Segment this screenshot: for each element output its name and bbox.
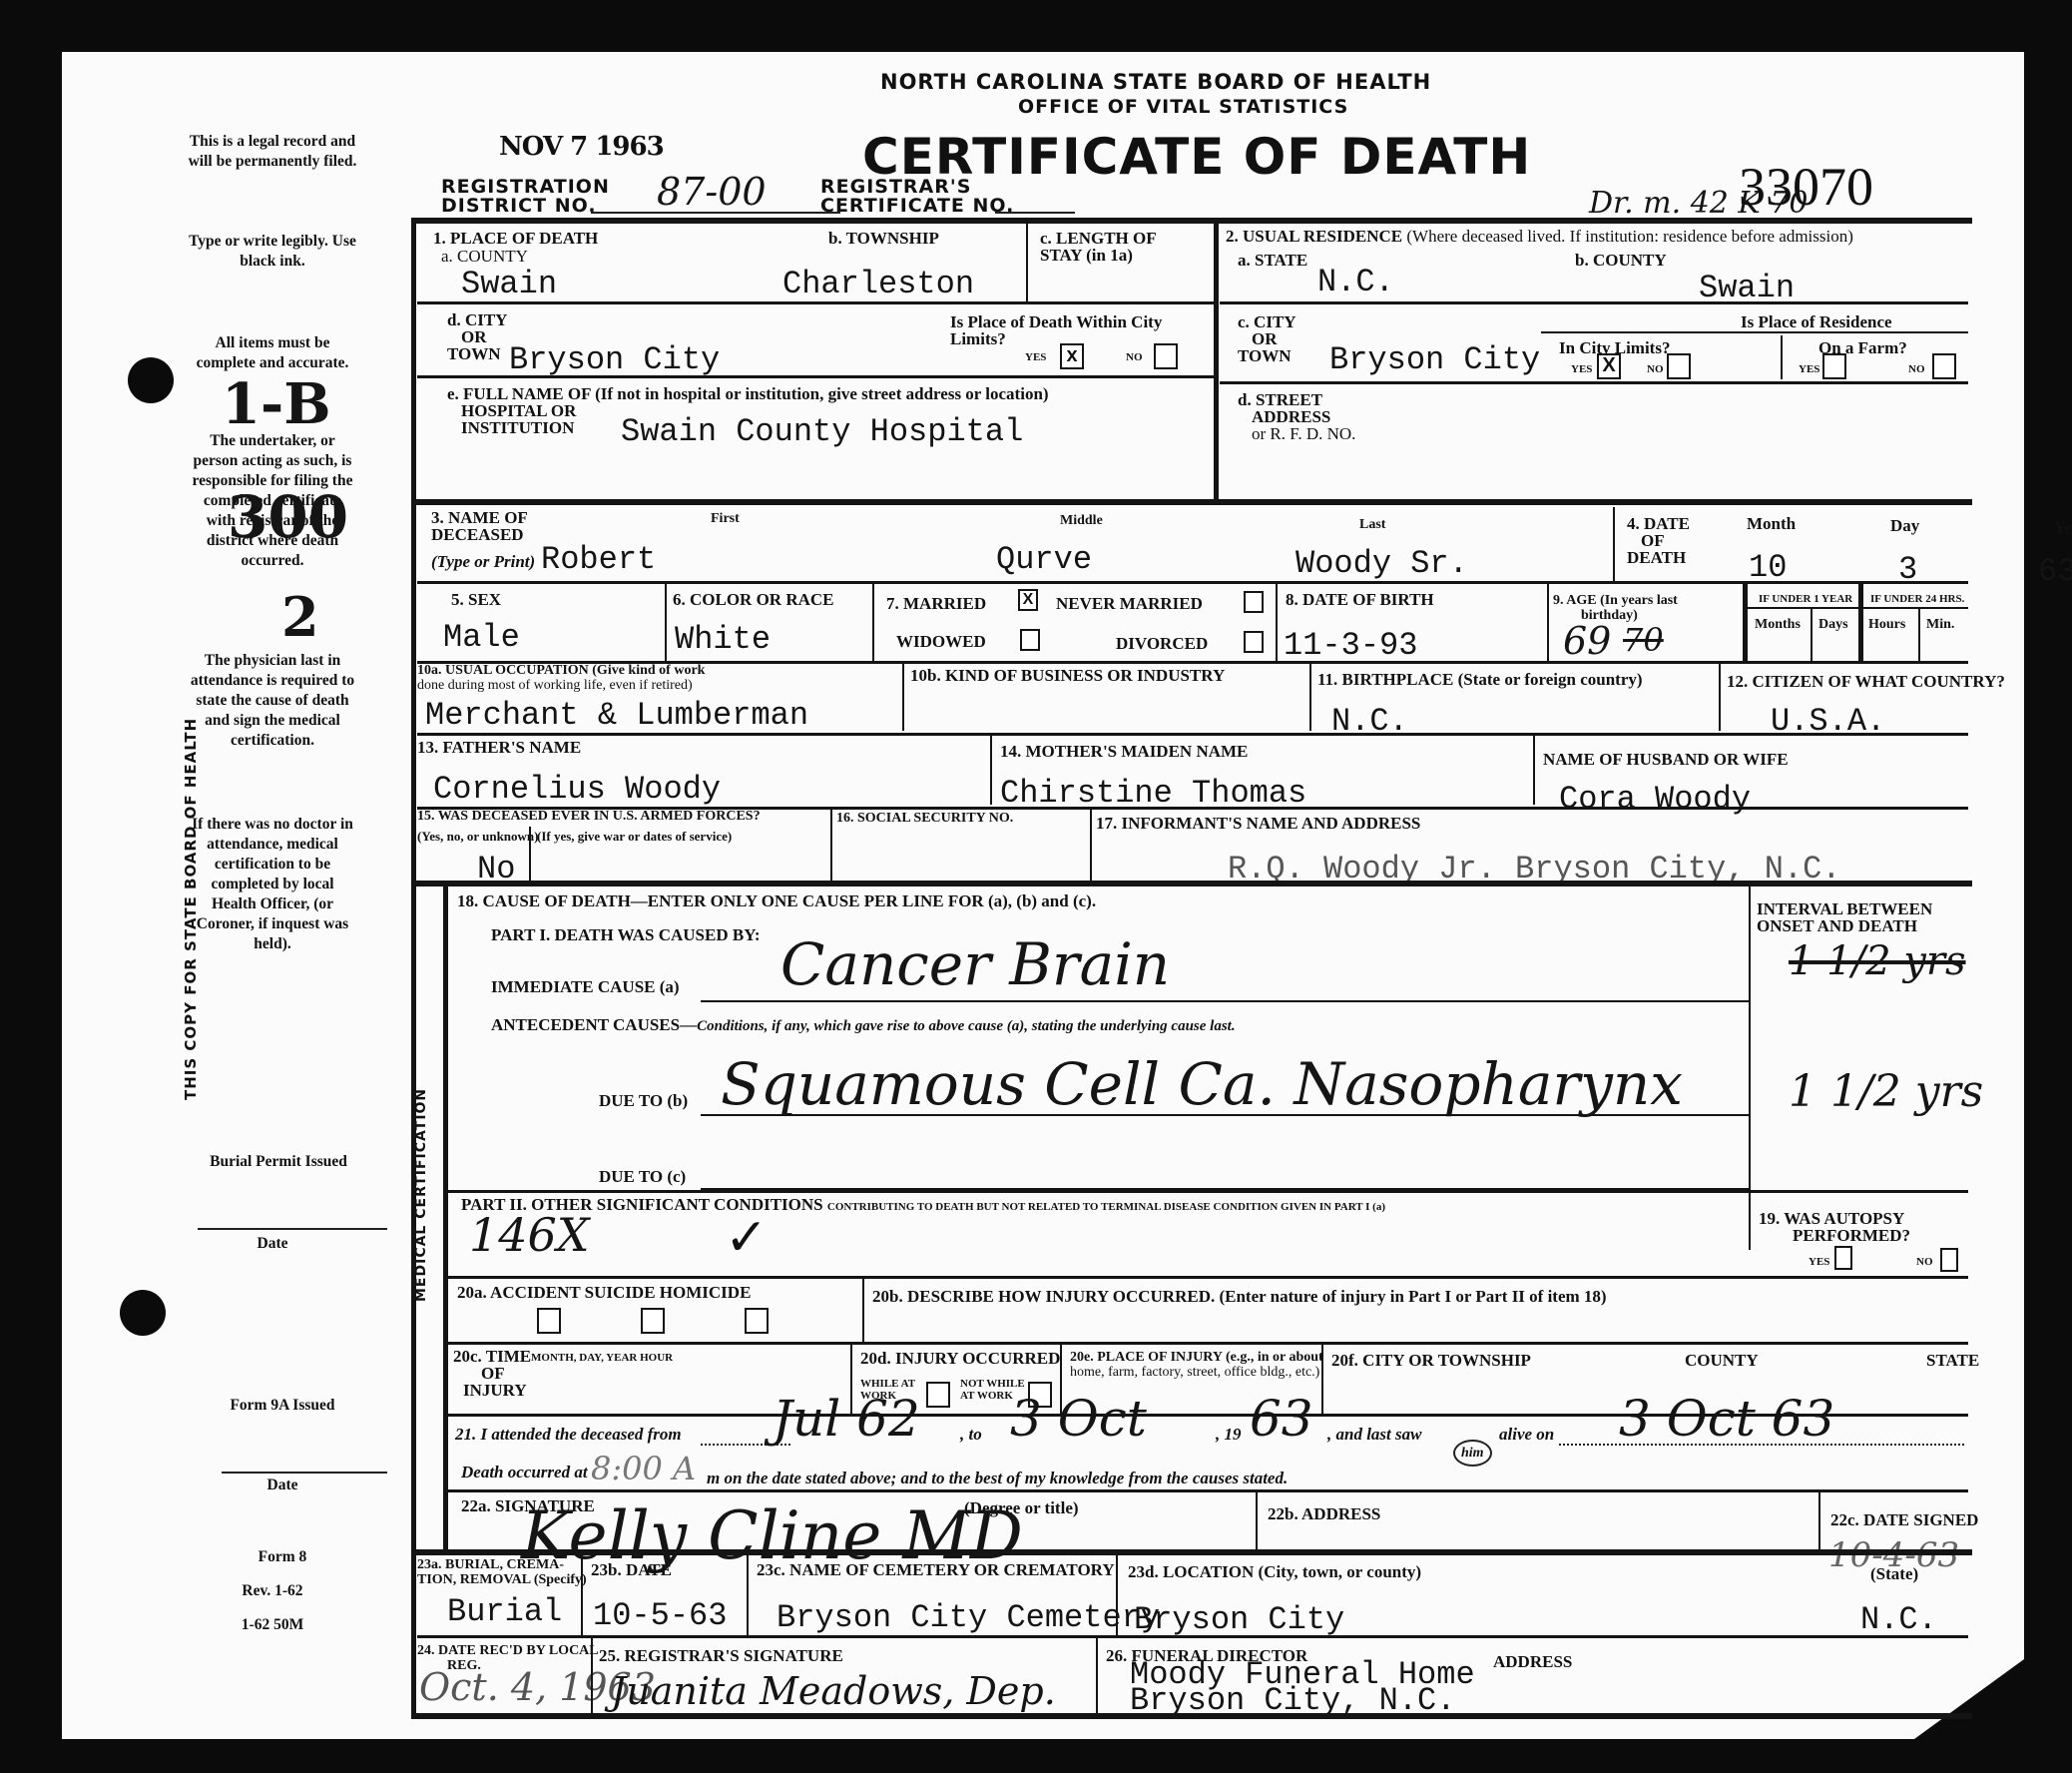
farm-no-checkbox[interactable] [1932, 353, 1956, 379]
widowed-checkbox[interactable] [1020, 629, 1040, 651]
burial-permit-label: Burial Permit Issued [194, 1152, 363, 1172]
registration-district-label: REGISTRATIONDISTRICT NO. [441, 178, 610, 216]
death-township: Charleston [782, 266, 974, 302]
county-label: a. COUNTY [441, 248, 528, 265]
complete-notice: All items must be complete and accurate. [188, 333, 357, 373]
within-city-no-checkbox[interactable] [1154, 343, 1178, 369]
occupation: Merchant & Lumberman [425, 697, 808, 734]
deceased-first-name: Robert [541, 541, 656, 578]
while-at-work-checkbox[interactable] [926, 1382, 950, 1408]
death-year: 63 [2038, 553, 2072, 590]
interval-a: 1 1/2 yrs [1789, 938, 1966, 984]
medical-certification-label: MEDICAL CERTIFICATION [413, 1088, 429, 1302]
legal-notice: This is a legal record and will be perma… [188, 132, 357, 172]
sex-value: Male [443, 619, 520, 656]
cemetery-location: Bryson City [1134, 1601, 1344, 1638]
vertical-copy-label: THIS COPY FOR STATE BOARD OF HEALTH [182, 718, 200, 1100]
autopsy-yes-checkbox[interactable] [1834, 1246, 1852, 1270]
homicide-checkbox[interactable] [745, 1308, 769, 1334]
punch-hole [128, 357, 174, 403]
alive-on: 3 Oct 63 [1619, 1390, 1834, 1448]
physician-notice: The physician last in attendance is requ… [188, 651, 357, 751]
checkmark-icon: ✓ [725, 1208, 769, 1268]
attended-year: 63 [1250, 1390, 1313, 1448]
date-of-birth: 11-3-93 [1284, 627, 1417, 664]
attended-from: Jul 62 [773, 1390, 920, 1448]
farm-yes-checkbox[interactable] [1822, 353, 1846, 379]
in-city-yes-checkbox[interactable]: X [1597, 353, 1621, 379]
certificate-number: 33070 [1739, 156, 1873, 218]
disposition-method: Burial [447, 1593, 562, 1630]
township-label: b. TOWNSHIP [828, 230, 939, 247]
revision: Rev. 1-62 [188, 1581, 357, 1601]
form-number: Form 8 [198, 1547, 367, 1567]
date-label-2: Date [198, 1476, 367, 1495]
deceased-last-name: Woody Sr. [1295, 545, 1468, 582]
cemetery-name: Bryson City Cemetery [777, 1599, 1160, 1636]
him-circled: him [1453, 1440, 1492, 1467]
death-city: Bryson City [509, 341, 720, 378]
divorced-checkbox[interactable] [1244, 631, 1264, 653]
interval-b: 1 1/2 yrs [1789, 1066, 1983, 1117]
received-stamp: NOV 7 1963 [499, 132, 664, 162]
handwritten-code: 300 [228, 483, 348, 551]
type-notice: Type or write legibly. Use black ink. [188, 232, 357, 272]
date-label: Date [188, 1234, 357, 1254]
age-value: 69 [1563, 619, 1611, 663]
disposition-date: 10-5-63 [593, 1597, 727, 1634]
registrar-cert-label: REGISTRAR'SCERTIFICATE NO. [820, 178, 1014, 216]
folded-corner [1914, 1659, 2024, 1739]
within-city-yes-checkbox[interactable]: x [1060, 343, 1084, 369]
death-certificate: NORTH CAROLINA STATE BOARD OF HEALTH OFF… [62, 52, 2024, 1739]
no-doctor-notice: If there was no doctor in attendance, me… [188, 815, 357, 954]
autopsy-no-checkbox[interactable] [1940, 1248, 1958, 1272]
city-label: d. CITYORTOWN [447, 311, 507, 362]
spouse-name: Cora Woody [1559, 781, 1751, 818]
residence-city: Bryson City [1329, 341, 1540, 378]
agency-name: NORTH CAROLINA STATE BOARD OF HEALTH [880, 70, 1431, 94]
residence-state: N.C. [1317, 264, 1394, 300]
place-of-death-label: 1. PLACE OF DEATH [433, 230, 598, 247]
part2-code: 146X [469, 1208, 590, 1262]
death-county: Swain [461, 266, 557, 302]
in-city-no-checkbox[interactable] [1667, 353, 1691, 379]
usual-residence-label: 2. USUAL RESIDENCE (Where deceased lived… [1226, 228, 1853, 245]
handwritten-code: 1-B [222, 371, 331, 437]
length-of-stay-label: c. LENGTH OFSTAY (in 1a) [1040, 230, 1157, 264]
form9a-label: Form 9A Issued [198, 1396, 367, 1416]
funeral-city: Bryson City, N.C. [1130, 1689, 1455, 1713]
institution-name: Swain County Hospital [621, 413, 1023, 450]
immediate-cause: Cancer Brain [780, 930, 1170, 998]
punch-hole [120, 1290, 166, 1336]
registration-district-no: 87-00 [657, 170, 767, 214]
suicide-checkbox[interactable] [641, 1308, 665, 1334]
deceased-name-label: 3. NAME OFDECEASED(Type or Print) [431, 509, 535, 570]
age-struck-value: 70 [1623, 621, 1664, 659]
race-value: White [675, 621, 771, 658]
attended-to: 3 Oct [1010, 1390, 1147, 1448]
print-run: 1-62 50M [188, 1615, 357, 1635]
accident-checkbox[interactable] [537, 1308, 561, 1334]
death-time: 8:00 A [591, 1450, 696, 1487]
office-name: OFFICE OF VITAL STATISTICS [1018, 96, 1348, 118]
never-married-checkbox[interactable] [1244, 591, 1264, 613]
within-city-label: Is Place of Death Within CityLimits? [950, 313, 1162, 347]
cemetery-state: N.C. [1860, 1601, 1937, 1638]
father-name: Cornelius Woody [433, 771, 721, 808]
deceased-middle-name: Qurve [996, 541, 1092, 578]
handwritten-code: 2 [281, 585, 319, 649]
due-to-b: Squamous Cell Ca. Nasopharynx [721, 1050, 1683, 1118]
cause-header: 18. CAUSE OF DEATH—ENTER ONLY ONE CAUSE … [457, 892, 1096, 909]
married-checkbox[interactable]: X [1018, 589, 1038, 611]
registrar-signature: Juanita Meadows, Dep. [611, 1669, 1056, 1713]
